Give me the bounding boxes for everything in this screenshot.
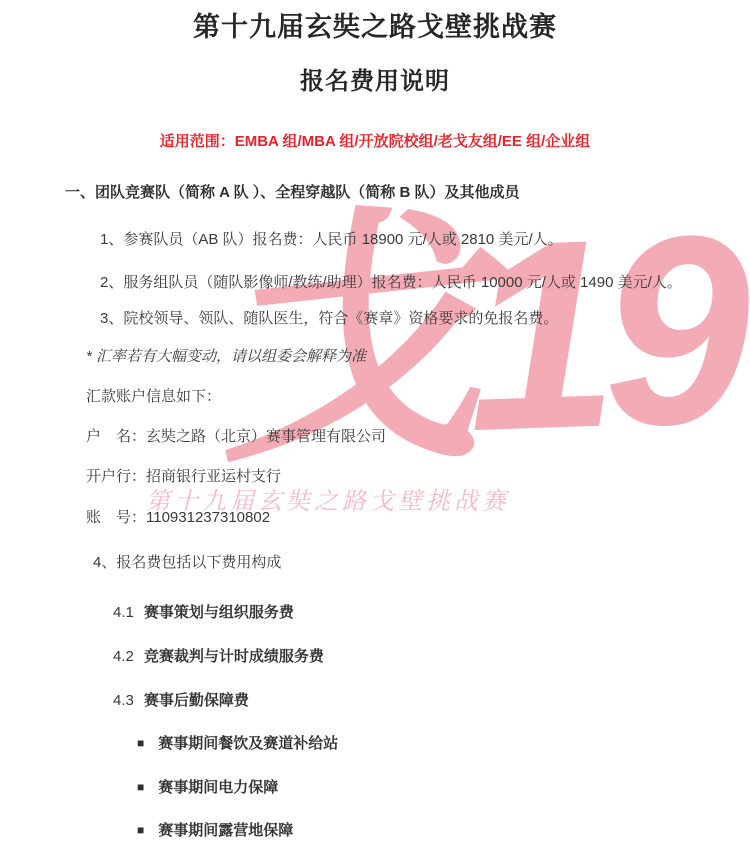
square-bullet-icon: ■ xyxy=(137,736,144,751)
account-number-label: 账 号： xyxy=(86,509,146,526)
subitem-label: 赛事后勤保障费 xyxy=(144,692,249,709)
account-name-value: 玄奘之路（北京）赛事管理有限公司 xyxy=(146,428,386,445)
account-name-row: 户 名：玄奘之路（北京）赛事管理有限公司 xyxy=(86,428,386,447)
document-page: 戈19 第十九届玄奘之路戈壁挑战赛 第十九届玄奘之路戈壁挑战赛 报名费用说明 适… xyxy=(0,0,750,847)
exchange-rate-note: * 汇率若有大幅变动，请以组委会解释为准 xyxy=(86,348,366,367)
subitem-number: 4.1 xyxy=(113,604,134,623)
account-bank-value: 招商银行亚运村支行 xyxy=(146,468,281,485)
account-number-row: 账 号：110931237310802 xyxy=(86,509,270,528)
account-bank-label: 开户行： xyxy=(86,468,146,485)
fee-subitem-4-1: 4.1赛事策划与组织服务费 xyxy=(113,604,294,623)
bullet-label: 赛事期间餐饮及赛道补给站 xyxy=(158,735,338,752)
fee-item-4: 4、报名费包括以下费用构成 xyxy=(93,554,281,573)
account-name-label: 户 名： xyxy=(86,428,146,445)
bullet-item-3: ■赛事期间露营地保障 xyxy=(137,822,293,841)
bullet-item-1: ■赛事期间餐饮及赛道补给站 xyxy=(137,735,338,754)
document-title: 第十九届玄奘之路戈壁挑战赛 xyxy=(0,11,750,45)
subitem-label: 赛事策划与组织服务费 xyxy=(144,604,294,621)
section1-heading: 一、团队竞赛队（简称 A 队 ）、全程穿越队（简称 B 队）及其他成员 xyxy=(65,184,519,203)
remittance-intro: 汇款账户信息如下： xyxy=(86,388,221,407)
bullet-label: 赛事期间电力保障 xyxy=(158,779,278,796)
scope-statement: 适用范围：EMBA 组/MBA 组/开放院校组/老戈友组/EE 组/企业组 xyxy=(0,133,750,152)
square-bullet-icon: ■ xyxy=(137,780,144,795)
bullet-item-2: ■赛事期间电力保障 xyxy=(137,779,278,798)
fee-item-3: 3、院校领导、领队、随队医生，符合《赛章》资格要求的免报名费。 xyxy=(100,310,558,329)
square-bullet-icon: ■ xyxy=(137,823,144,838)
fee-item-1: 1、参赛队员（AB 队）报名费：人民币 18900 元/人或 2810 美元/人… xyxy=(100,231,563,250)
fee-subitem-4-3: 4.3赛事后勤保障费 xyxy=(113,692,249,711)
account-number-value: 110931237310802 xyxy=(146,509,270,526)
fee-subitem-4-2: 4.2竞赛裁判与计时成绩服务费 xyxy=(113,648,324,667)
subitem-number: 4.3 xyxy=(113,692,134,711)
document-subtitle: 报名费用说明 xyxy=(0,67,750,97)
fee-item-2: 2、服务组队员（随队影像师/教练/助理）报名费：人民币 10000 元/人或 1… xyxy=(100,274,682,293)
subitem-label: 竞赛裁判与计时成绩服务费 xyxy=(144,648,324,665)
account-bank-row: 开户行：招商银行亚运村支行 xyxy=(86,468,281,487)
subitem-number: 4.2 xyxy=(113,648,134,667)
bullet-label: 赛事期间露营地保障 xyxy=(158,822,293,839)
